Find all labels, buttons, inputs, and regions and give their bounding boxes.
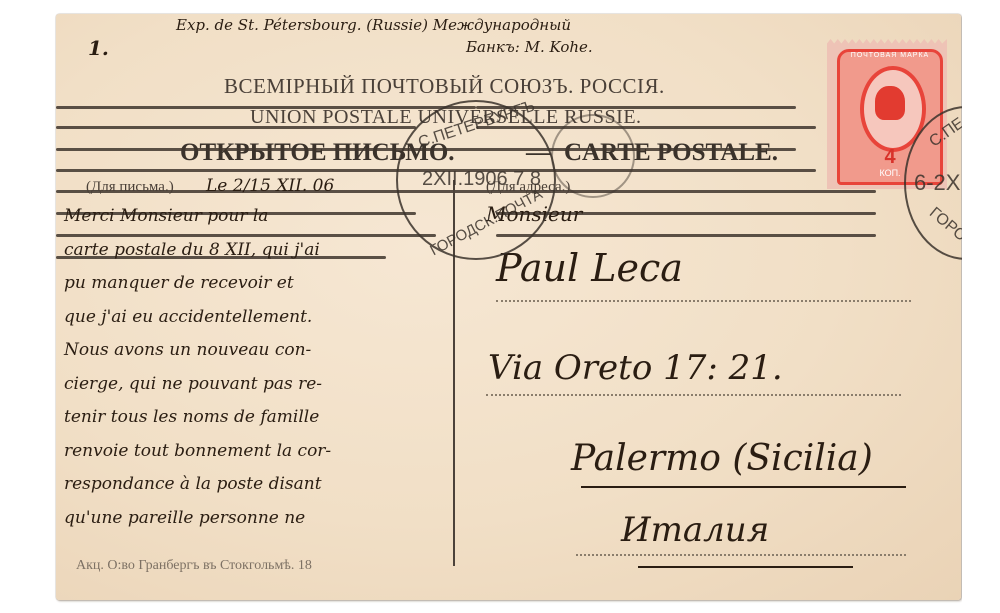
cancel-line [496, 234, 876, 237]
message-line: que j'ai eu accidentellement. [64, 307, 449, 341]
address-line-1 [496, 300, 911, 302]
message-date: Le 2/15 XII. 06 [206, 176, 334, 196]
double-eagle-icon [875, 86, 905, 120]
publisher-imprint: Акц. О:во Гранбергъ въ Стокгольмѣ. 18 [76, 558, 312, 574]
address-line-2 [486, 394, 901, 396]
postmark-right-date: 6-2X [914, 170, 960, 196]
sender-note-line2: Банкъ: M. Kohe. [466, 38, 593, 56]
postmark-date: 2XII.1906 7 8 [422, 168, 541, 191]
message-line: Merci Monsieur pour la [64, 206, 449, 240]
message-line: pu manquer de recevoir et [64, 273, 449, 307]
message-line: renvoie tout bonnement la cor- [64, 441, 449, 475]
postcard: 1. Exp. de St. Pétersbourg. (Russie) Меж… [56, 14, 961, 600]
message-line: respondance à la poste disant [64, 474, 449, 508]
city-underline [581, 486, 906, 488]
message-line: qu'une pareille personne ne [64, 508, 449, 542]
stamp-legend: ПОЧТОВАЯ МАРКА [840, 52, 940, 59]
message-line: cierge, qui ne pouvant pas re- [64, 374, 449, 408]
message-line: carte postale du 8 XII, qui j'ai [64, 240, 449, 274]
address-country: Италия [621, 510, 769, 550]
cancel-line [56, 126, 416, 129]
header-line1: ВСЕМIРНЫЙ ПОЧТОВЫЙ СОЮЗЪ. РОССIЯ. [224, 74, 665, 99]
address-street: Via Oreto 17: 21. [488, 348, 783, 388]
address-line-4 [576, 554, 906, 556]
cancel-line [56, 106, 476, 109]
background-margin [962, 0, 1000, 613]
country-underline [638, 566, 853, 568]
sender-note-line1: Exp. de St. Pétersbourg. (Russie) Междун… [176, 16, 571, 34]
address-name: Paul Leca [496, 246, 683, 290]
postmark-faint [551, 114, 635, 198]
message-line: tenir tous les noms de famille [64, 407, 449, 441]
for-letter-label: (Для письма.) [86, 179, 174, 196]
address-city: Palermo (Sicilia) [571, 438, 873, 479]
message-body: Merci Monsieur pour la carte postale du … [64, 206, 449, 541]
postmark-stpetersburg: С.ПЕТЕРБУРГЪ 2XII.1906 7 8 ГОРОДСК.ПОЧТА [396, 100, 556, 260]
card-number: 1. [88, 36, 109, 60]
message-line: Nous avons un nouveau con- [64, 340, 449, 374]
